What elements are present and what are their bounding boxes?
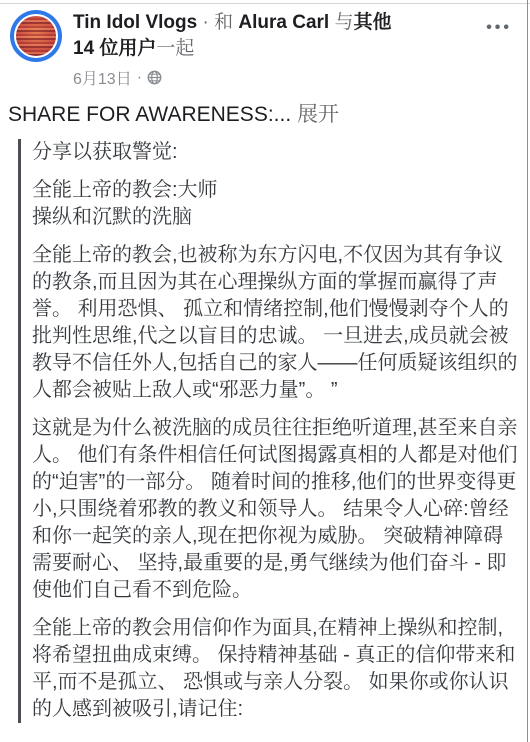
quote-paragraph: 全能上帝的教会用信仰作为面具,在精神上操纵和控制,将希望扭曲成束缚。 保持精神基… xyxy=(32,615,522,723)
quote-paragraph: 全能上帝的教会:大师 操纵和沉默的洗脑 xyxy=(32,177,522,231)
avatar[interactable] xyxy=(10,10,62,62)
more-options-icon[interactable]: ••• xyxy=(476,10,518,40)
byline-conj-word: 与 xyxy=(335,12,354,33)
post-date[interactable]: 6月13日 xyxy=(73,66,132,89)
tagged-friend-name[interactable]: Alura Carl xyxy=(238,12,329,33)
avatar-image xyxy=(14,14,58,58)
quote-paragraph: 全能上帝的教会,也被称为东方闪电,不仅因为其有争议的教条,而且因为其在心理操纵方… xyxy=(32,242,522,404)
translated-quote-block: 分享以获取警觉: 全能上帝的教会:大师 操纵和沉默的洗脑 全能上帝的教会,也被称… xyxy=(18,139,522,723)
see-more-link[interactable]: 展开 xyxy=(297,103,339,126)
byline-together-word: 一起 xyxy=(156,38,194,59)
top-divider xyxy=(0,3,530,4)
others-link-part1[interactable]: 其他 xyxy=(354,12,392,33)
globe-icon xyxy=(147,70,162,85)
post-meta: 6月13日 · xyxy=(73,66,476,89)
post-header: Tin Idol Vlogs · 和 Alura Carl 与其他 14 位用户… xyxy=(0,0,530,89)
post-teaser-text: SHARE FOR AWARENESS:... xyxy=(8,103,291,126)
quote-paragraph: 这就是为什么被洗脑的成员往往拒绝听道理,甚至来自亲人。 他们有条件相信任何试图揭… xyxy=(32,415,522,604)
post-header-text: Tin Idol Vlogs · 和 Alura Carl 与其他 14 位用户… xyxy=(73,10,476,89)
byline-with-word: 和 xyxy=(214,12,233,33)
meta-separator: · xyxy=(137,69,142,87)
byline-separator: · xyxy=(203,12,209,33)
post-byline: Tin Idol Vlogs · 和 Alura Carl 与其他 14 位用户… xyxy=(73,10,473,62)
post-text: SHARE FOR AWARENESS:... 展开 xyxy=(0,89,530,128)
quote-paragraph: 分享以获取警觉: xyxy=(32,139,522,166)
author-name[interactable]: Tin Idol Vlogs xyxy=(73,12,197,33)
right-edge-border xyxy=(527,0,528,742)
others-link-part2[interactable]: 14 位用户 xyxy=(73,38,156,59)
